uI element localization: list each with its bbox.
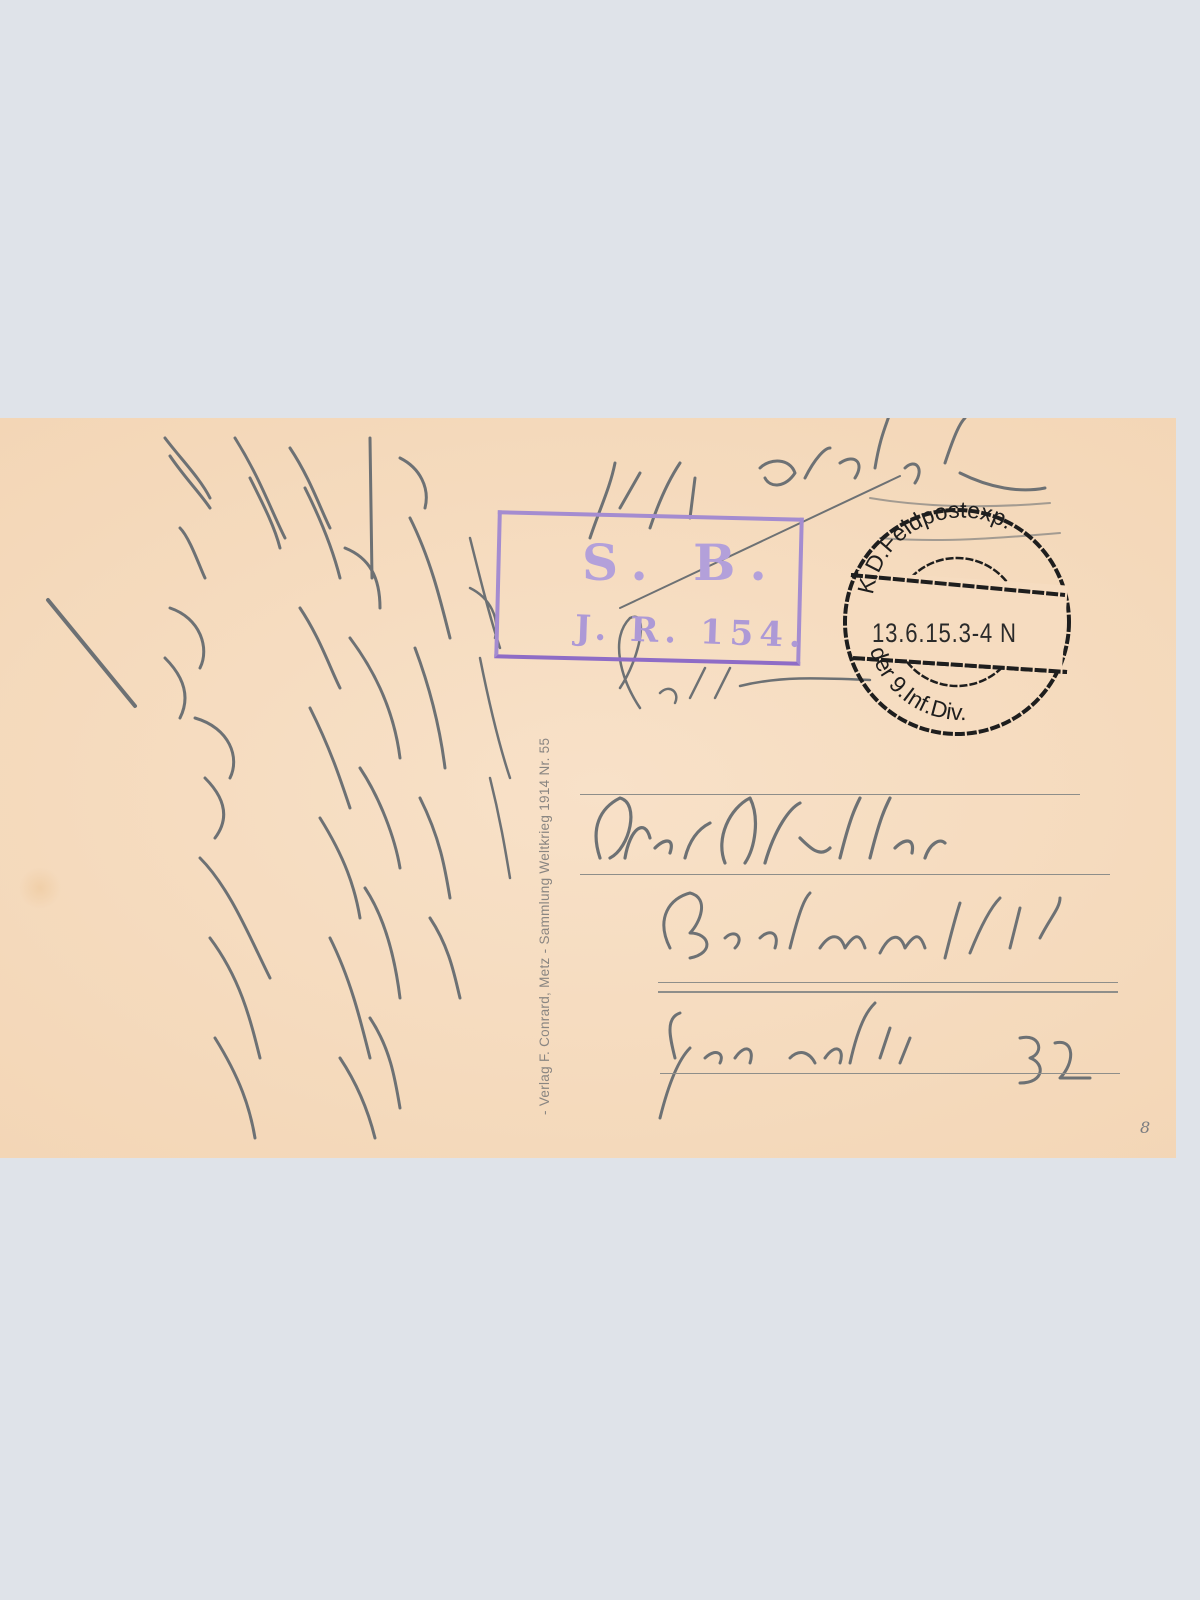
censor-stamp-line1: S. B. xyxy=(582,533,781,592)
address-line-4 xyxy=(660,1073,1120,1074)
address-line-1 xyxy=(580,794,1080,795)
postmark-date: 13.6.15.3-4 N xyxy=(872,618,1017,649)
publisher-imprint: - Verlag F. Conrard, Metz - Sammlung Wel… xyxy=(537,738,552,1115)
censor-stamp-line2: J. R. 154. xyxy=(574,608,807,656)
address-line-2 xyxy=(580,874,1110,875)
address-line-3 xyxy=(658,982,1118,983)
address-line-3b xyxy=(658,991,1118,993)
page-number: 8 xyxy=(1140,1118,1150,1137)
